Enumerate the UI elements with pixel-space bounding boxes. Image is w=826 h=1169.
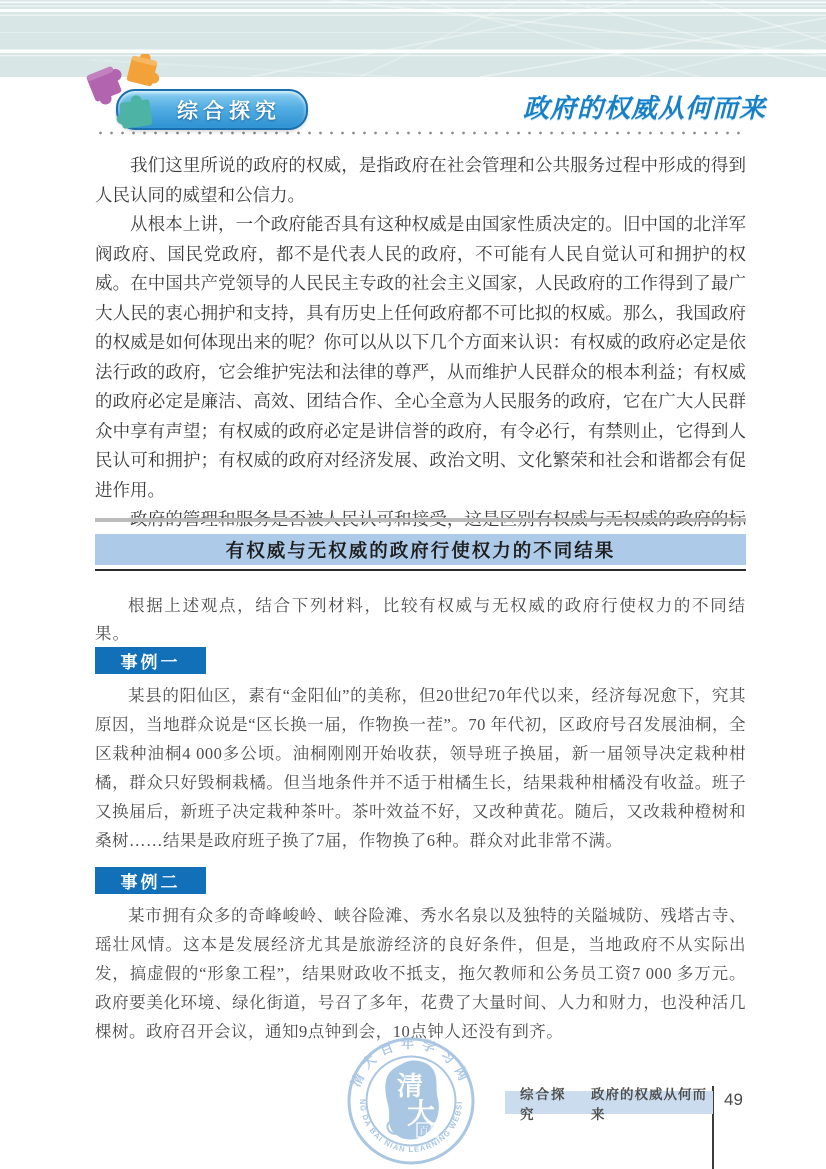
seal-char-qing: 清 [397, 1072, 423, 1101]
footer-chapter-title: 政府的权威从何而来 [591, 1083, 713, 1123]
case-2-section: 某市拥有众多的奇峰峻岭、峡谷险滩、秀水名泉以及独特的关隘城防、残塔古寺、瑶壮风情… [95, 901, 746, 1046]
dark-rule [95, 569, 746, 571]
page-title: 政府的权威从何而来 [523, 88, 766, 125]
case-2-badge: 事例二 [95, 867, 206, 894]
intro-section: 我们这里所说的政府的权威，是指政府在社会管理和公共服务过程中形成的得到人民认同的… [95, 151, 746, 564]
case-1-label: 事例一 [121, 648, 181, 673]
footer-breadcrumb-bar: 综合探究 政府的权威从何而来 [505, 1091, 713, 1114]
instruction-section: 根据上述观点，结合下列材料，比较有权威与无权威的政府行使权力的不同结果。 [95, 592, 746, 648]
section-label: 综合探究 [177, 95, 281, 125]
topic-title: 有权威与无权威的政府行使权力的不同结果 [226, 537, 616, 563]
case-2-label: 事例二 [121, 868, 181, 893]
intro-paragraph-2: 从根本上讲，一个政府能否具有这种权威是由国家性质决定的。旧中国的北洋军阀政府、国… [95, 210, 746, 505]
case-1-badge: 事例一 [95, 647, 206, 674]
footer-section-label: 综合探究 [520, 1083, 578, 1123]
seal-char-da: 大 [407, 1098, 435, 1130]
seal-small-text: 百年 [419, 1125, 439, 1137]
case-1-section: 某县的阳仙区，素有“金阳仙”的美称，但20世纪70年代以来，经济每况愈下，究其原… [95, 681, 746, 855]
watermark-seal-logo: 清大百年学习网 QING DA BAI NIAN LEARNING WEBSIT… [345, 1035, 477, 1167]
page-number: 49 [724, 1090, 743, 1110]
topic-title-bar: 有权威与无权威的政府行使权力的不同结果 [95, 534, 746, 565]
instruction-text: 根据上述观点，结合下列材料，比较有权威与无权威的政府行使权力的不同结果。 [95, 592, 746, 648]
textbook-page: 综合探究 政府的权威从何而来 我们这里所说的政府的权威，是指政府在社会管理和公共… [0, 0, 826, 1169]
gray-rule [95, 518, 746, 522]
case-1-text: 某县的阳仙区，素有“金阳仙”的美称，但20世纪70年代以来，经济每况愈下，究其原… [95, 681, 746, 855]
topic-header: 有权威与无权威的政府行使权力的不同结果 [95, 518, 746, 571]
intro-paragraph-1: 我们这里所说的政府的权威，是指政府在社会管理和公共服务过程中形成的得到人民认同的… [95, 151, 746, 210]
puzzle-pieces-icon [86, 54, 178, 140]
dotted-divider [95, 131, 747, 135]
case-2-text: 某市拥有众多的奇峰峻岭、峡谷险滩、秀水名泉以及独特的关隘城防、残塔古寺、瑶壮风情… [95, 901, 746, 1046]
